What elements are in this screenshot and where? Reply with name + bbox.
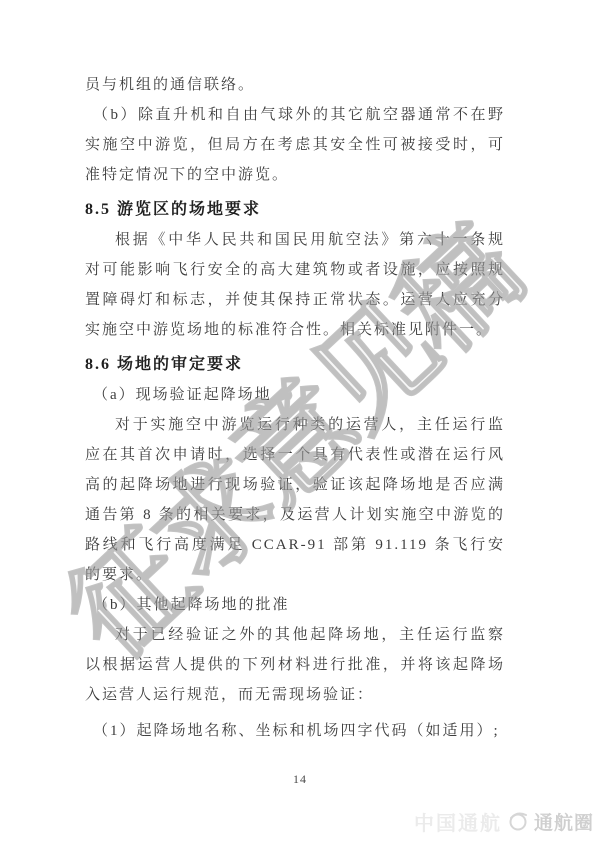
text-line: 置障碍灯和标志，并使其保持正常状态。运营人应充分评估 [85, 285, 505, 315]
text-line: 路线和飞行高度满足 CCAR-91 部第 91.119 条飞行安全高度 [85, 530, 505, 560]
list-item: （a）现场验证起降场地 [85, 380, 505, 410]
text-line: 对于已经验证之外的其他起降场地，主任运行监察员可 [85, 620, 505, 650]
text-line: 员与机组的通信联络。 [85, 70, 505, 100]
text-line: 实施空中游览，但局方在考虑其安全性可被接受时，可以批 [85, 130, 505, 160]
text-line: 应在其首次申请时，选择一个具有代表性或潜在运行风险较 [85, 440, 505, 470]
text-line: 入运营人运行规范，而无需现场验证： [85, 680, 505, 710]
text-line: 高的起降场地进行现场验证，验证该起降场地是否应满足本 [85, 470, 505, 500]
list-item: （b）其他起降场地的批准 [85, 590, 505, 620]
section-heading: 8.6 场地的审定要求 [85, 350, 505, 380]
text-line: 对可能影响飞行安全的高大建筑物或者设施，应按照规定设 [85, 255, 505, 285]
text-line: 的要求。 [85, 560, 505, 590]
document-page: 征求意见稿 员与机组的通信联络。 （b）除直升机和自由气球外的其它航空器通常不在… [0, 0, 600, 848]
text-line: 以根据运营人提供的下列材料进行批准，并将该起降场地加 [85, 650, 505, 680]
text-line: 根据《中华人民共和国民用航空法》第六十一条规定， [85, 225, 505, 255]
logo-swirl-icon [507, 810, 529, 832]
page-number: 14 [0, 772, 600, 787]
site-watermark-brand-right: 通航圈 [534, 808, 594, 835]
list-item: （1）起降场地名称、坐标和机场四字代码（如适用）; [85, 716, 505, 746]
site-watermark: 中国通航 通航圈 [414, 804, 594, 838]
text-line: 通告第 8 条的相关要求，及运营人计划实施空中游览的飞行 [85, 500, 505, 530]
text-line: 对于实施空中游览运行种类的运营人，主任运行监察员 [85, 410, 505, 440]
site-watermark-brand-left: 中国通航 [414, 807, 502, 836]
document-body: 员与机组的通信联络。 （b）除直升机和自由气球外的其它航空器通常不在野外 实施空… [85, 70, 505, 746]
text-line: 准特定情况下的空中游览。 [85, 160, 505, 190]
text-line: 实施空中游览场地的标准符合性。相关标准见附件一。 [85, 315, 505, 345]
text-line: （b）除直升机和自由气球外的其它航空器通常不在野外 [85, 100, 505, 130]
section-heading: 8.5 游览区的场地要求 [85, 195, 505, 225]
